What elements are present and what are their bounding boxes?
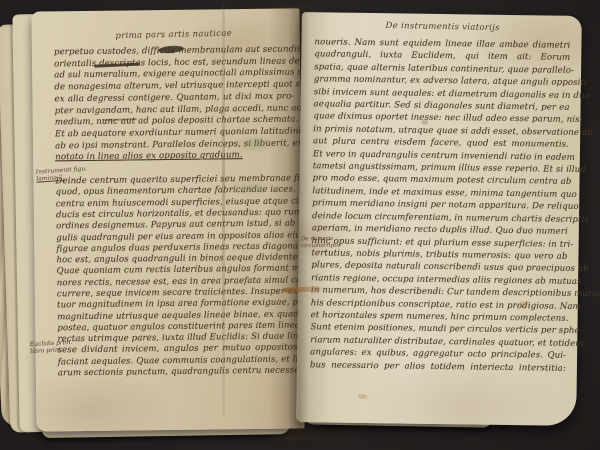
right-page-body: noueris. Nam sunt equidem lineae illae a… — [310, 36, 571, 375]
right-page: De instrumentis viatorijs noueris. Nam s… — [296, 12, 582, 426]
text-line: arum sectionis punctum, quadrangulis cen… — [58, 366, 298, 380]
right-page-text-block: De instrumentis viatorijs noueris. Nam s… — [310, 20, 571, 375]
margin-note-line: circumscriptis — [301, 242, 341, 249]
left-page-text-block: prima pars artis nauticae perpetuo custo… — [54, 28, 298, 379]
margin-note-euclid: Euclidis prim. libro prim. — [30, 339, 73, 355]
left-page-running-title: prima pars artis nauticae — [54, 27, 294, 43]
left-page-paragraph-1: perpetuo custodes, difficile membranulam… — [54, 44, 295, 164]
left-page: prima pars artis nauticae perpetuo custo… — [31, 8, 304, 431]
manuscript-photo: prima pars artis nauticae perpetuo custo… — [0, 0, 600, 450]
right-page-running-title: De instrumentis viatorijs — [315, 19, 571, 35]
margin-note-numeris: De numeris circumscriptis — [301, 236, 341, 250]
text-line: notato in linea alios ex opposito graduu… — [55, 150, 295, 165]
left-page-paragraph-2: Deinde centrum quaerito superficiei seu … — [55, 173, 297, 379]
foxing-spot — [357, 394, 367, 399]
